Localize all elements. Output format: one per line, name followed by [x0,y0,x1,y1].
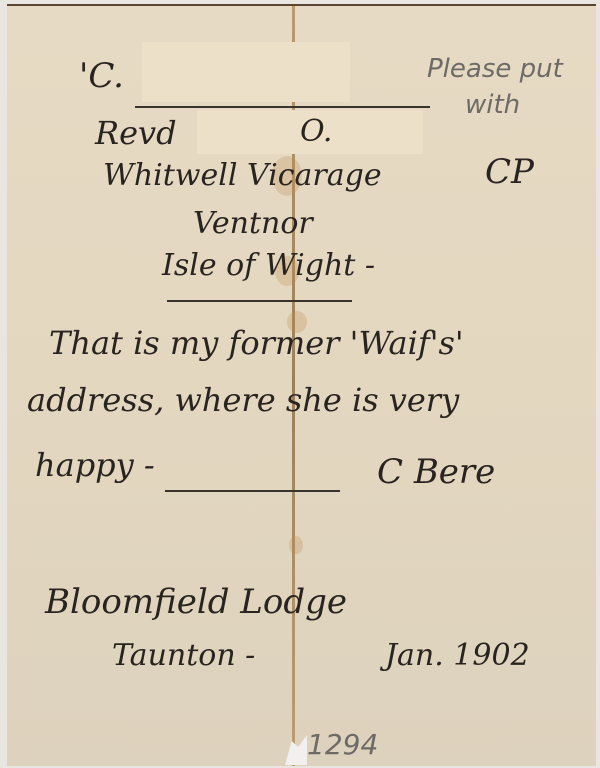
address-line-5: Isle of Wight - [162,248,375,283]
address-line-2-prefix: Revd [95,114,177,152]
body-line-1: That is my former 'Waif's' [49,324,464,362]
address-line-1: 'C. [79,56,124,96]
footer-place-1: Bloomfield Lodge [45,582,347,622]
signature: C Bere [377,452,495,492]
margin-note-line-2: with [465,90,520,120]
stain [289,536,303,554]
margin-note-line-1: Please put [427,54,563,84]
underline [135,106,430,108]
body-line-3: happy - [35,446,155,484]
archive-number: 1294 [307,728,378,761]
body-line-2: address, where she is very [27,381,459,419]
margin-note-line-3: CP [485,152,534,192]
underline [165,490,340,492]
note-card: 'C. Revd O. Whitwell Vicarage Ventnor Is… [7,4,596,766]
footer-place-2: Taunton - [112,638,255,673]
address-line-3: Whitwell Vicarage [103,158,382,193]
address-line-2-mid: O. [300,114,332,149]
redaction-block [142,42,350,102]
underline [167,300,352,302]
footer-date: Jan. 1902 [385,638,530,673]
address-line-4: Ventnor [193,206,313,241]
